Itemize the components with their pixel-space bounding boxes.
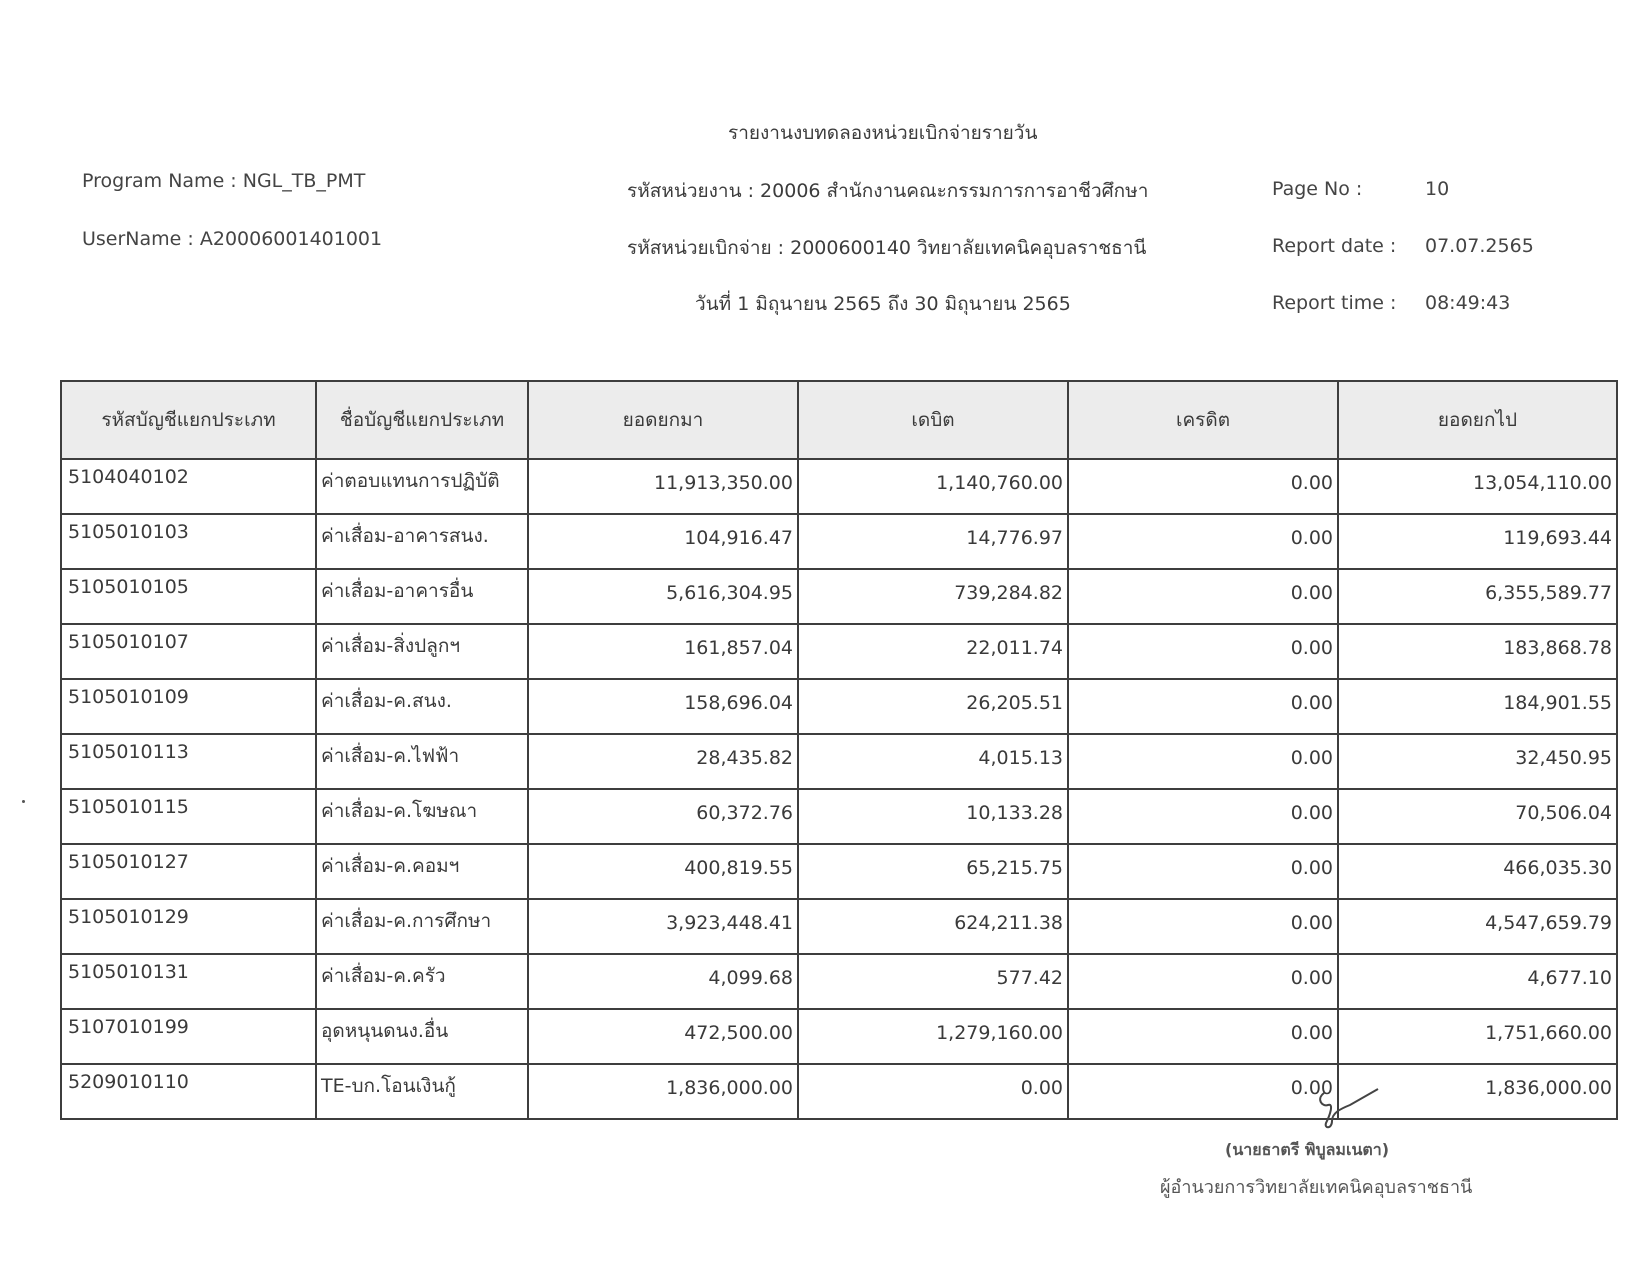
account-code-cell: 5104040102	[61, 459, 316, 514]
page-no-value: 10	[1425, 178, 1449, 200]
brought-forward-cell: 400,819.55	[528, 844, 798, 899]
brought-forward-cell: 28,435.82	[528, 734, 798, 789]
carried-forward-cell: 4,677.10	[1338, 954, 1617, 1009]
credit-cell: 0.00	[1068, 954, 1338, 1009]
credit-cell: 0.00	[1068, 679, 1338, 734]
carried-forward-cell: 119,693.44	[1338, 514, 1617, 569]
brought-forward-cell: 60,372.76	[528, 789, 798, 844]
brought-forward-cell: 5,616,304.95	[528, 569, 798, 624]
credit-cell: 0.00	[1068, 899, 1338, 954]
table-row: 5105010113 ค่าเสื่อม-ค.ไฟฟ้า 28,435.82 4…	[61, 734, 1617, 789]
account-code-cell: 5105010105	[61, 569, 316, 624]
table-row: 5105010127 ค่าเสื่อม-ค.คอมฯ 400,819.55 6…	[61, 844, 1617, 899]
carried-forward-cell: 184,901.55	[1338, 679, 1617, 734]
table-row: 5105010109 ค่าเสื่อม-ค.สนง. 158,696.04 2…	[61, 679, 1617, 734]
column-header-debit: เดบิต	[798, 381, 1068, 459]
carried-forward-cell: 32,450.95	[1338, 734, 1617, 789]
account-code-cell: 5105010127	[61, 844, 316, 899]
account-name-cell: ค่าเสื่อม-ค.โฆษณา	[316, 789, 528, 844]
debit-cell: 0.00	[798, 1064, 1068, 1119]
brought-forward-cell: 158,696.04	[528, 679, 798, 734]
username-label: UserName :	[82, 228, 194, 250]
credit-cell: 0.00	[1068, 844, 1338, 899]
trial-balance-table: รหัสบัญชีแยกประเภท ชื่อบัญชีแยกประเภท ยอ…	[60, 380, 1618, 1120]
account-code-cell: 5209010110	[61, 1064, 316, 1119]
account-code-cell: 5105010103	[61, 514, 316, 569]
credit-cell: 0.00	[1068, 514, 1338, 569]
report-date-value: 07.07.2565	[1425, 235, 1534, 257]
table-row: 5105010115 ค่าเสื่อม-ค.โฆษณา 60,372.76 1…	[61, 789, 1617, 844]
signatory-name: (นายธาตรี พิบูลมเนตา)	[1225, 1138, 1389, 1163]
credit-cell: 0.00	[1068, 459, 1338, 514]
column-header-carried-forward: ยอดยกไป	[1338, 381, 1617, 459]
brought-forward-cell: 4,099.68	[528, 954, 798, 1009]
brought-forward-cell: 11,913,350.00	[528, 459, 798, 514]
table-row: 5105010131 ค่าเสื่อม-ค.ครัว 4,099.68 577…	[61, 954, 1617, 1009]
account-code-cell: 5105010129	[61, 899, 316, 954]
table-row: 5107010199 อุดหนุนดนง.อื่น 472,500.00 1,…	[61, 1009, 1617, 1064]
credit-cell: 0.00	[1068, 1009, 1338, 1064]
disbursing-unit-line: รหัสหน่วยเบิกจ่าย : 2000600140 วิทยาลัยเ…	[627, 233, 1146, 263]
debit-cell: 739,284.82	[798, 569, 1068, 624]
account-name-cell: ค่าเสื่อม-ค.คอมฯ	[316, 844, 528, 899]
program-name-value: NGL_TB_PMT	[243, 170, 366, 192]
credit-cell: 0.00	[1068, 624, 1338, 679]
carried-forward-cell: 70,506.04	[1338, 789, 1617, 844]
credit-cell: 0.00	[1068, 1064, 1338, 1119]
debit-cell: 577.42	[798, 954, 1068, 1009]
brought-forward-cell: 161,857.04	[528, 624, 798, 679]
account-name-cell: ค่าตอบแทนการปฏิบัติ	[316, 459, 528, 514]
account-code-cell: 5105010113	[61, 734, 316, 789]
report-time-value: 08:49:43	[1425, 292, 1510, 314]
account-name-cell: ค่าเสื่อม-อาคารอื่น	[316, 569, 528, 624]
column-header-account-name: ชื่อบัญชีแยกประเภท	[316, 381, 528, 459]
table-row: 5105010129 ค่าเสื่อม-ค.การศึกษา 3,923,44…	[61, 899, 1617, 954]
brought-forward-cell: 472,500.00	[528, 1009, 798, 1064]
account-name-cell: ค่าเสื่อม-อาคารสนง.	[316, 514, 528, 569]
debit-cell: 26,205.51	[798, 679, 1068, 734]
carried-forward-cell: 183,868.78	[1338, 624, 1617, 679]
program-name-label: Program Name :	[82, 170, 237, 192]
account-name-cell: ค่าเสื่อม-ค.ไฟฟ้า	[316, 734, 528, 789]
account-name-cell: ค่าเสื่อม-สิ่งปลูกฯ	[316, 624, 528, 679]
account-code-cell: 5105010109	[61, 679, 316, 734]
username: UserName : A20006001401001	[82, 228, 382, 250]
table-row: 5105010103 ค่าเสื่อม-อาคารสนง. 104,916.4…	[61, 514, 1617, 569]
page-no-label: Page No :	[1272, 178, 1362, 200]
brought-forward-cell: 1,836,000.00	[528, 1064, 798, 1119]
report-time-label: Report time :	[1272, 292, 1396, 314]
credit-cell: 0.00	[1068, 789, 1338, 844]
table-header-row: รหัสบัญชีแยกประเภท ชื่อบัญชีแยกประเภท ยอ…	[61, 381, 1617, 459]
debit-cell: 1,279,160.00	[798, 1009, 1068, 1064]
debit-cell: 65,215.75	[798, 844, 1068, 899]
debit-cell: 10,133.28	[798, 789, 1068, 844]
account-code-cell: 5105010131	[61, 954, 316, 1009]
report-title: รายงานงบทดลองหน่วยเบิกจ่ายรายวัน	[728, 118, 1037, 148]
debit-cell: 1,140,760.00	[798, 459, 1068, 514]
column-header-brought-forward: ยอดยกมา	[528, 381, 798, 459]
account-code-cell: 5105010115	[61, 789, 316, 844]
signatory-title: ผู้อำนวยการวิทยาลัยเทคนิคอุบลราชธานี	[1160, 1172, 1472, 1201]
carried-forward-cell: 6,355,589.77	[1338, 569, 1617, 624]
table-row: 5104040102 ค่าตอบแทนการปฏิบัติ 11,913,35…	[61, 459, 1617, 514]
table-row: 5105010105 ค่าเสื่อม-อาคารอื่น 5,616,304…	[61, 569, 1617, 624]
brought-forward-cell: 104,916.47	[528, 514, 798, 569]
scan-speck	[22, 800, 25, 803]
debit-cell: 624,211.38	[798, 899, 1068, 954]
debit-cell: 4,015.13	[798, 734, 1068, 789]
table-row: 5105010107 ค่าเสื่อม-สิ่งปลูกฯ 161,857.0…	[61, 624, 1617, 679]
date-range: วันที่ 1 มิถุนายน 2565 ถึง 30 มิถุนายน 2…	[695, 289, 1071, 319]
brought-forward-cell: 3,923,448.41	[528, 899, 798, 954]
username-value: A20006001401001	[200, 228, 382, 250]
agency-line: รหัสหน่วยงาน : 20006 สำนักงานคณะกรรมการก…	[627, 176, 1148, 206]
carried-forward-cell: 4,547,659.79	[1338, 899, 1617, 954]
account-name-cell: ค่าเสื่อม-ค.ครัว	[316, 954, 528, 1009]
account-name-cell: ค่าเสื่อม-ค.สนง.	[316, 679, 528, 734]
handwritten-signature-icon	[1316, 1085, 1386, 1135]
account-code-cell: 5107010199	[61, 1009, 316, 1064]
carried-forward-cell: 13,054,110.00	[1338, 459, 1617, 514]
carried-forward-cell: 1,751,660.00	[1338, 1009, 1617, 1064]
account-code-cell: 5105010107	[61, 624, 316, 679]
carried-forward-cell: 466,035.30	[1338, 844, 1617, 899]
account-name-cell: TE-บก.โอนเงินกู้	[316, 1064, 528, 1119]
account-name-cell: อุดหนุนดนง.อื่น	[316, 1009, 528, 1064]
account-name-cell: ค่าเสื่อม-ค.การศึกษา	[316, 899, 528, 954]
column-header-account-code: รหัสบัญชีแยกประเภท	[61, 381, 316, 459]
report-date-label: Report date :	[1272, 235, 1396, 257]
credit-cell: 0.00	[1068, 734, 1338, 789]
debit-cell: 22,011.74	[798, 624, 1068, 679]
column-header-credit: เครดิต	[1068, 381, 1338, 459]
program-name: Program Name : NGL_TB_PMT	[82, 170, 365, 192]
debit-cell: 14,776.97	[798, 514, 1068, 569]
credit-cell: 0.00	[1068, 569, 1338, 624]
